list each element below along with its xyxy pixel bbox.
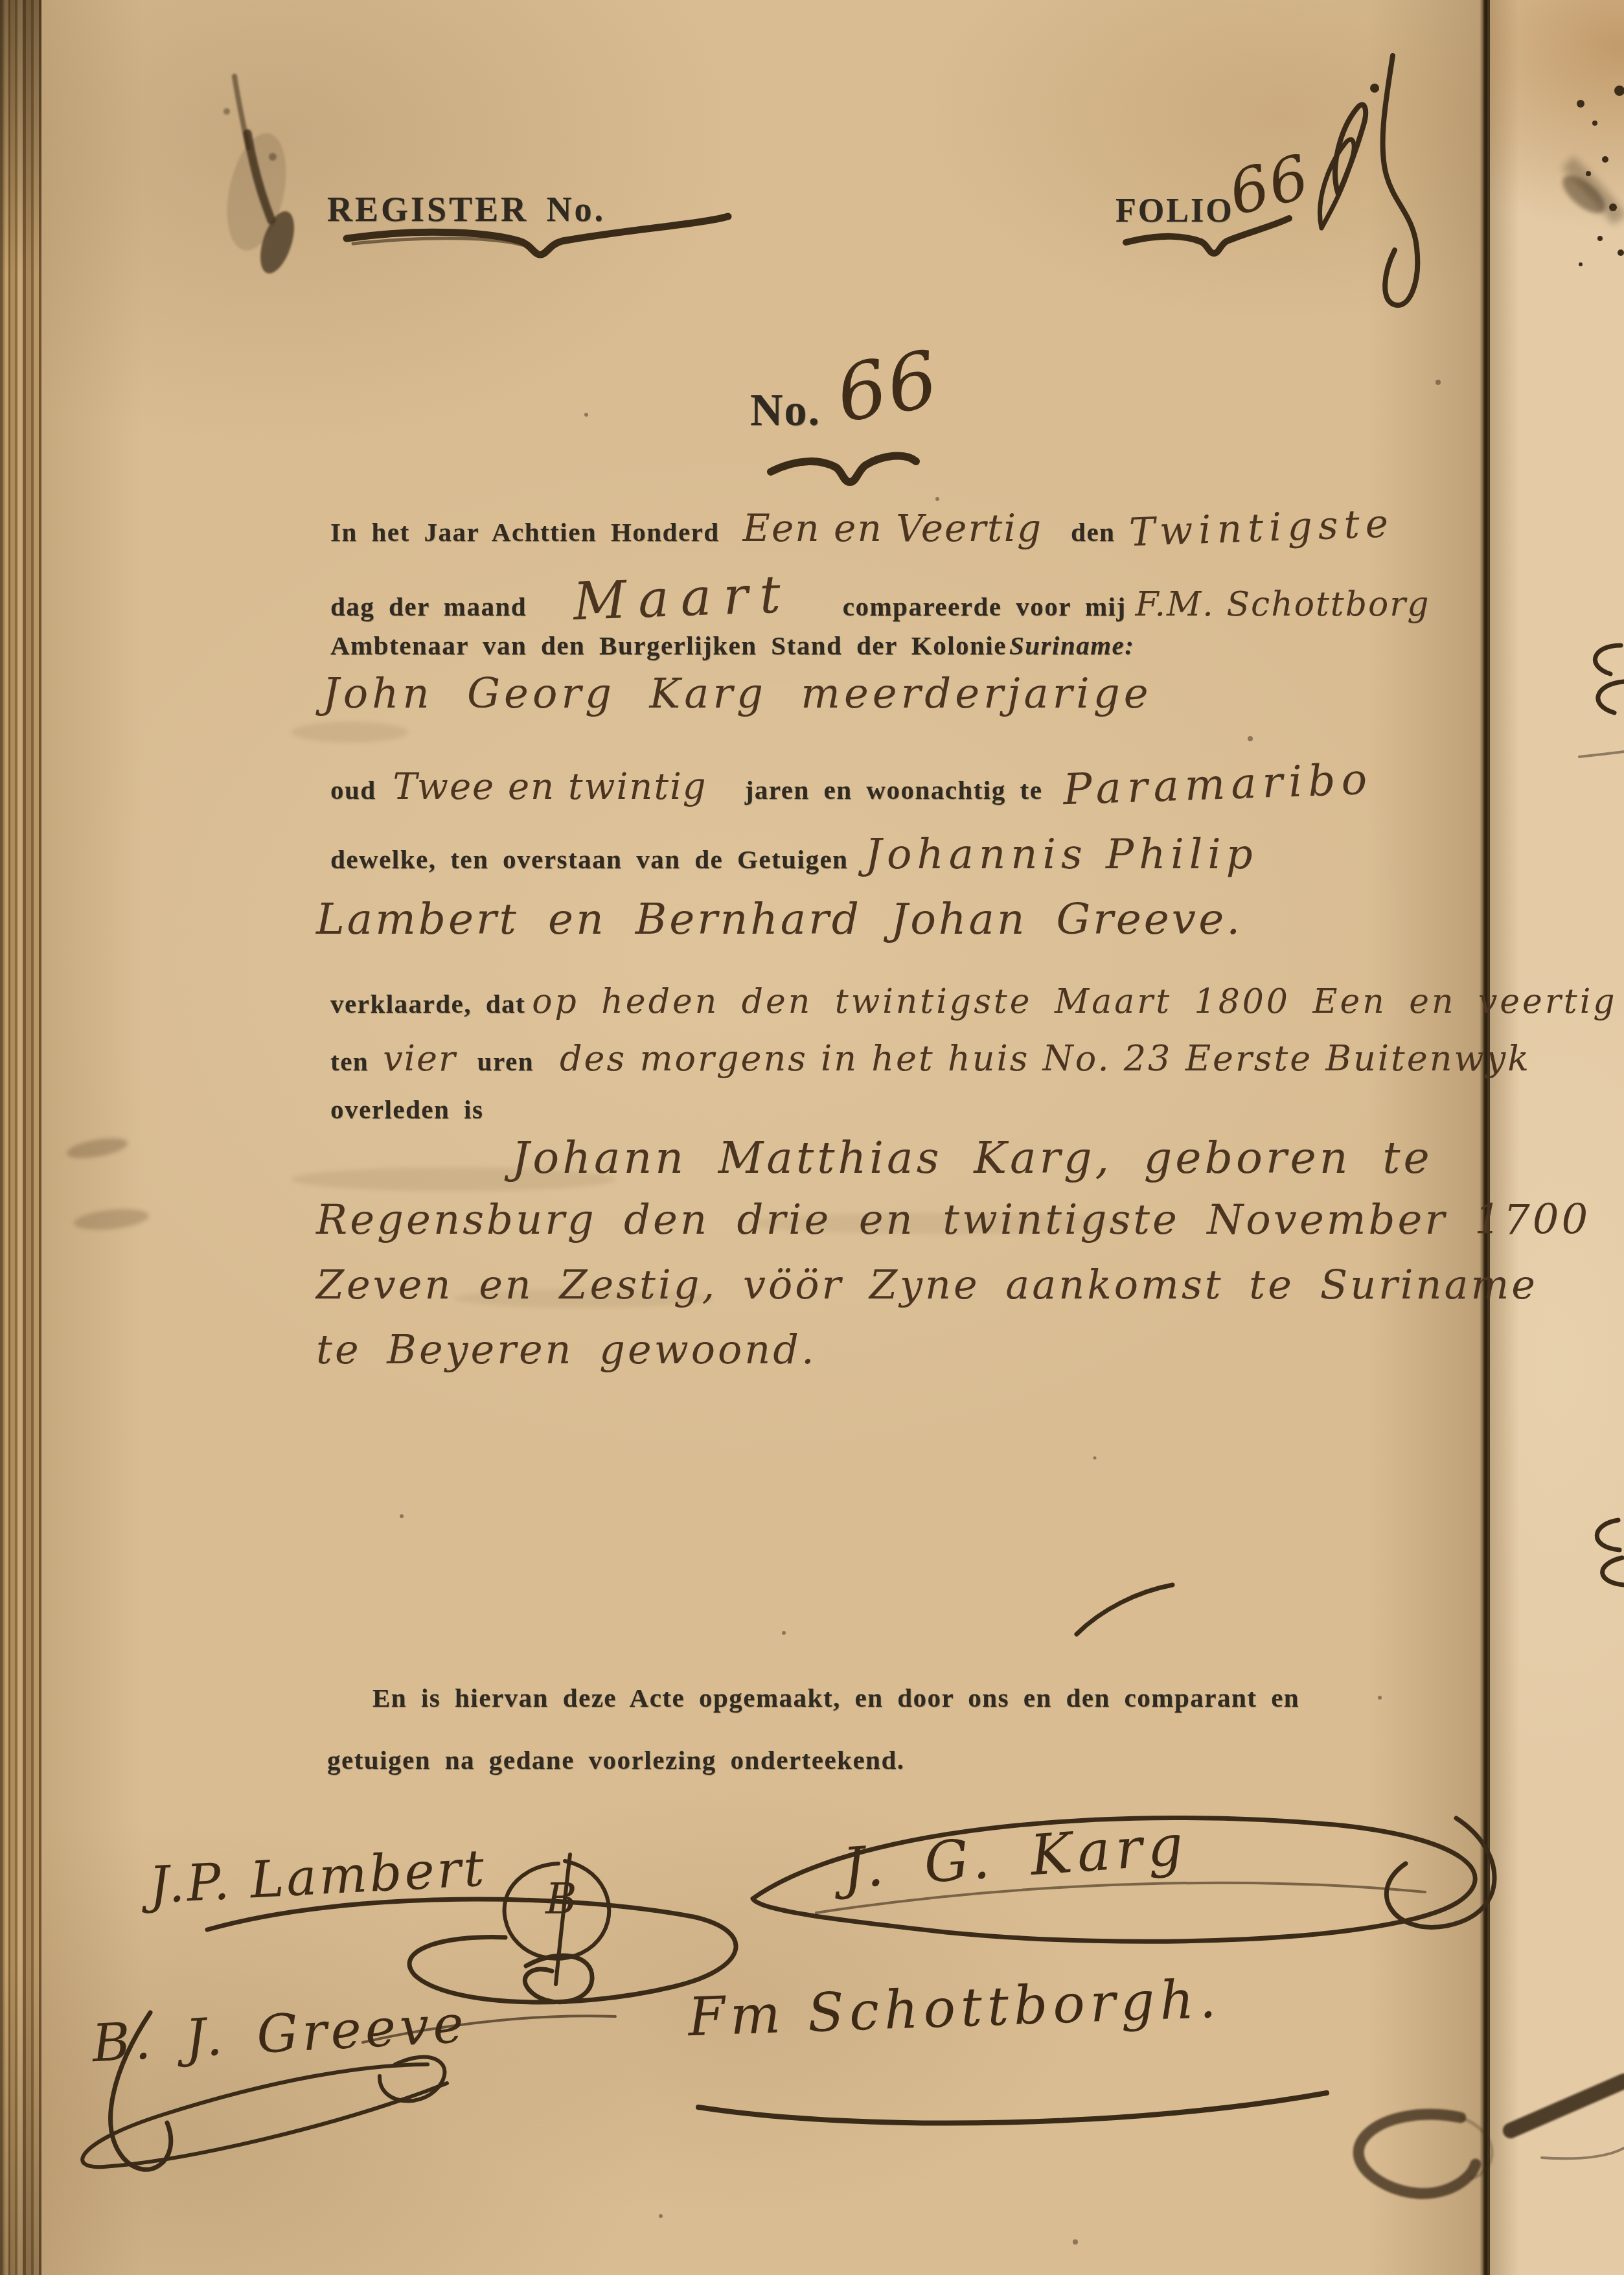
body-line-6: dewelke, ten overstaan van de GetuigenJo… — [330, 831, 1258, 879]
printed-text: compareerde voor mij — [843, 592, 1127, 621]
handwritten-former-residence: te Beyeren gewoond. — [316, 1326, 817, 1373]
printed-text-italic: Suriname: — [1009, 630, 1135, 660]
handwritten-age: Twee en twintig — [393, 766, 707, 808]
printed-text: verklaarde, dat — [330, 989, 525, 1019]
register-label: REGISTER No. — [327, 189, 606, 229]
book-binding-edge — [0, 0, 41, 2275]
printed-text: dag der maand — [330, 592, 527, 621]
folio-label: FOLIO — [1115, 192, 1234, 230]
closing-line-2: getuigen na gedane voorlezing onderteeke… — [327, 1744, 904, 1775]
handwritten-year: Een en Veertig — [743, 506, 1043, 550]
printed-text: oud — [330, 775, 376, 805]
closing-line-1: En is hiervan deze Acte opgemaakt, en do… — [372, 1682, 1299, 1713]
printed-text: dewelke, ten overstaan van de Getuigen — [330, 844, 848, 874]
printed-overleden-is: overleden is — [330, 1094, 483, 1125]
handwritten-hour: vier — [383, 1038, 457, 1079]
handwritten-residence: Paramaribo — [1062, 754, 1374, 815]
handwritten-official-name: F.M. Schottborg — [1136, 585, 1430, 624]
handwritten-day: Twintigste — [1128, 501, 1395, 555]
body-line-3: Ambtenaar van den Burgerlijken Stand der… — [330, 630, 1134, 661]
handwritten-place-of-death: des morgens in het huis No. 23 Eerste Bu… — [560, 1038, 1531, 1079]
body-line-5: oudTwee en twintigjaren en woonachtig te… — [330, 759, 1373, 809]
facing-page-edge — [1490, 0, 1624, 2275]
printed-text: In het Jaar Achttien Honderd — [330, 517, 720, 547]
printed-text: ten — [330, 1046, 369, 1076]
act-number-label: No. — [750, 385, 821, 437]
handwritten-birth-place-date: Regensburg den drie en twintigste Novemb… — [316, 1196, 1590, 1244]
printed-text: uren — [477, 1046, 534, 1076]
handwritten-month: Maart — [573, 564, 794, 632]
body-line-1: In het Jaar Achttien HonderdEen en Veert… — [330, 505, 1395, 551]
scanned-death-record: REGISTER No. FOLIO 66 No. 66 In het Jaar… — [0, 0, 1624, 2275]
printed-text: Ambtenaar van den Burgerlijken Stand der… — [330, 630, 1007, 660]
body-line-2: dag der maandMaartcompareerde voor mijF.… — [330, 568, 1430, 628]
handwritten-witness-2: Lambert en Bernhard Johan Greeve. — [316, 894, 1242, 944]
signature-lambert-paraph: B — [545, 1874, 578, 1924]
handwritten-death-date: op heden den twintigste Maart 1800 Een e… — [532, 982, 1617, 1021]
body-line-8: verklaarde, datop heden den twintigste M… — [330, 982, 1618, 1021]
handwritten-declarant-name: John Georg Karg meerderjarige — [323, 670, 1152, 718]
printed-text: den — [1071, 517, 1115, 547]
handwritten-birth-year-origin: Zeven en Zestig, vöör Zyne aankomst te S… — [316, 1261, 1538, 1308]
printed-text: jaren en woonachtig te — [745, 775, 1043, 805]
act-number: 66 — [830, 334, 945, 440]
handwritten-witness-1: Johannis Philip — [865, 831, 1257, 879]
body-line-9: tenvierurendes morgens in het huis No. 2… — [330, 1038, 1531, 1079]
handwritten-deceased-name: Johann Matthias Karg, geboren te — [512, 1133, 1433, 1184]
